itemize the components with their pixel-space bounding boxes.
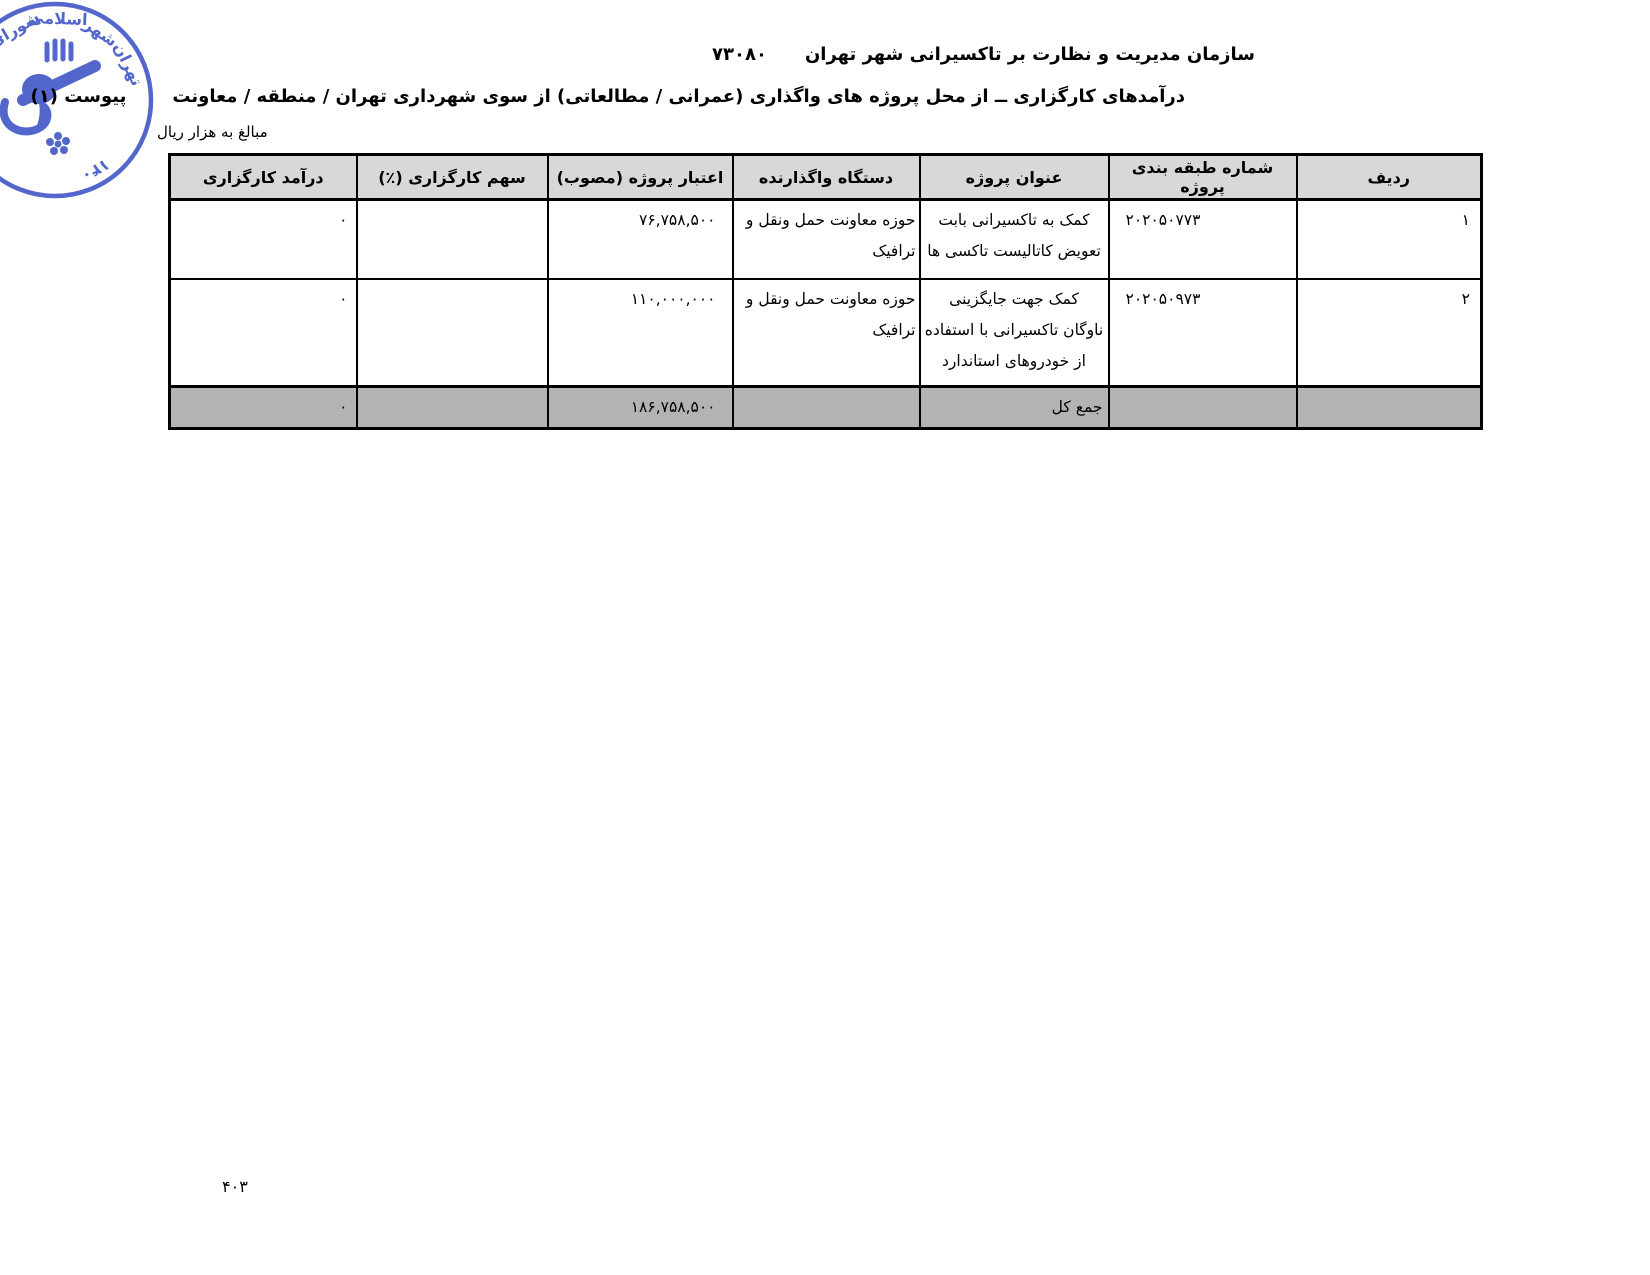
cell-income: ۰	[170, 200, 357, 280]
cell-code: ۲۰۲۰۵۰۷۷۳	[1109, 200, 1297, 280]
header-org-line: سازمان مدیریت و نظارت بر تاکسیرانی شهر ت…	[712, 44, 1255, 65]
unit-note: مبالغ به هزار ریال	[157, 123, 268, 141]
total-credit: ۱۸۶,۷۵۸,۵۰۰	[548, 387, 733, 429]
cell-agency: حوزه معاونت حمل ونقل و ترافیک	[733, 279, 920, 387]
total-share	[357, 387, 548, 429]
cell-agency: حوزه معاونت حمل ونقل و ترافیک	[733, 200, 920, 280]
table-row: ۲ ۲۰۲۰۵۰۹۷۳ کمک جهت جایگزینی ناوگان تاکس…	[170, 279, 1482, 387]
table-row: ۱ ۲۰۲۰۵۰۷۷۳ کمک به تاکسیرانی بابت تعویض …	[170, 200, 1482, 280]
total-label: جمع کل	[920, 387, 1109, 429]
table-total-row: جمع کل ۱۸۶,۷۵۸,۵۰۰ ۰	[170, 387, 1482, 429]
cell-credit: ۱۱۰,۰۰۰,۰۰۰	[548, 279, 733, 387]
cell-title: کمک جهت جایگزینی ناوگان تاکسیرانی با است…	[920, 279, 1109, 387]
header-subtitle-line: درآمدهای کارگزاری ــ از محل پروژه های وا…	[30, 86, 1185, 107]
total-cell-code	[1109, 387, 1297, 429]
org-name: سازمان مدیریت و نظارت بر تاکسیرانی شهر ت…	[805, 44, 1255, 65]
cell-radif: ۲	[1297, 279, 1482, 387]
table-header-row: ردیف شماره طبقه بندی پروژه عنوان پروژه د…	[170, 155, 1482, 200]
cell-title: کمک به تاکسیرانی بابت تعویض کاتالیست تاک…	[920, 200, 1109, 280]
document-page: اداره مصوبات شورای اسلامی شهر تهران ۱۴۰ …	[0, 0, 1650, 1275]
projects-table: ردیف شماره طبقه بندی پروژه عنوان پروژه د…	[168, 153, 1483, 430]
cell-credit: ۷۶,۷۵۸,۵۰۰	[548, 200, 733, 280]
col-header-credit: اعتبار پروژه (مصوب)	[548, 155, 733, 200]
page-number: ۴۰۳	[222, 1177, 248, 1196]
col-header-income: درآمد کارگزاری	[170, 155, 357, 200]
cell-income: ۰	[170, 279, 357, 387]
col-header-share: سهم کارگزاری (٪)	[357, 155, 548, 200]
cell-radif: ۱	[1297, 200, 1482, 280]
cell-share	[357, 279, 548, 387]
report-subtitle: درآمدهای کارگزاری ــ از محل پروژه های وا…	[172, 86, 1185, 107]
stamp-word: اسلامی	[28, 8, 88, 29]
cell-code: ۲۰۲۰۵۰۹۷۳	[1109, 279, 1297, 387]
col-header-code: شماره طبقه بندی پروژه	[1109, 155, 1297, 200]
col-header-agency: دستگاه واگذارنده	[733, 155, 920, 200]
org-code: ۷۳۰۸۰	[712, 44, 767, 65]
stamp-word: تهران	[110, 40, 147, 89]
cell-share	[357, 200, 548, 280]
total-cell-radif	[1297, 387, 1482, 429]
col-header-title: عنوان پروژه	[920, 155, 1109, 200]
attachment-label: پیوست (۱)	[30, 86, 126, 107]
total-cell-agency	[733, 387, 920, 429]
col-header-radif: ردیف	[1297, 155, 1482, 200]
total-income: ۰	[170, 387, 357, 429]
